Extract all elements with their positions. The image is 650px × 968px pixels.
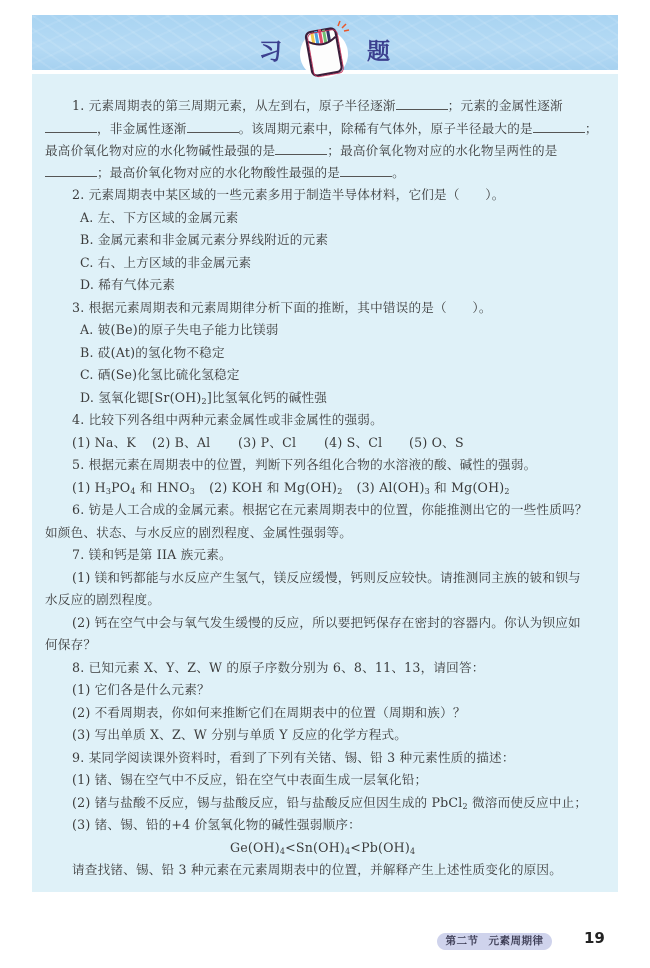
q2-option-a: A. 左、下方区域的金属元素 — [80, 210, 238, 226]
q4-stem: 4. 比较下列各组中两种元素金属性或非金属性的强弱。 — [72, 412, 383, 428]
q2-option-d: D. 稀有气体元素 — [80, 277, 175, 293]
less-than: < — [350, 840, 361, 855]
q5-text: PO — [111, 480, 130, 495]
subscript: 4 — [410, 847, 415, 856]
q1-line-2: ，非金属性逐渐。该周期元素中，除稀有气体外，原子半径最大的是； — [45, 120, 598, 137]
q9-text: (2) 锗与盐酸不反应，锡与盐酸反应，铅与盐酸反应但因生成的 PbCl — [72, 795, 462, 810]
q2-option-b: B. 金属元素和非金属元素分界线附近的元素 — [80, 232, 328, 248]
answer-blank[interactable] — [396, 97, 448, 110]
q1-text: ；最高价氧化物对应的水化物呈两性的是 — [327, 143, 557, 158]
q1-text: 。 — [392, 165, 405, 180]
q1-text: ，非金属性逐渐 — [97, 121, 187, 136]
q4-pair: (3) P、Cl — [238, 435, 324, 451]
q7-sub1-line-1: (1) 镁和钙都能与水反应产生氢气，镁反应缓慢，钙则反应较快。请推测同主族的铍和… — [72, 570, 581, 586]
q6-line-2: 如颜色、状态、与水反应的剧烈程度、金属性强弱等。 — [45, 525, 352, 541]
page-number: 19 — [584, 929, 605, 947]
answer-blank[interactable] — [533, 120, 585, 133]
q3-option-a: A. 铍(Be)的原子失电子能力比镁弱 — [80, 322, 279, 338]
q1-text: 。该周期元素中，除稀有气体外，原子半径最大的是 — [239, 121, 533, 136]
q1-line-3: 最高价氧化物对应的水化物碱性最强的是；最高价氧化物对应的水化物呈两性的是 — [45, 142, 558, 159]
answer-blank[interactable] — [45, 120, 97, 133]
q1-line-4: ；最高价氧化物对应的水化物酸性最强的是。 — [45, 164, 405, 181]
q4-pairs: (1) Na、K(2) B、Al(3) P、Cl(4) S、Cl(5) O、S — [72, 435, 464, 451]
q8-sub-1: (1) 它们各是什么元素？ — [72, 682, 210, 698]
formula-part: Ge(OH) — [230, 840, 280, 855]
q9-formula: Ge(OH)4<Sn(OH)4<Pb(OH)4 — [230, 840, 415, 860]
q4-pair: (4) S、Cl — [324, 435, 409, 451]
q3-option-b: B. 砹(At)的氢化物不稳定 — [80, 345, 225, 361]
less-than: < — [285, 840, 296, 855]
q3-stem: 3. 根据元素周期表和元素周期律分析下面的推断，其中错误的是（ ）。 — [72, 300, 492, 316]
q7-sub2-line-2: 何保存？ — [45, 637, 96, 653]
q9-sub-3: (3) 锗、锡、铅的+4 价氢氧化物的碱性强弱顺序： — [72, 817, 361, 833]
subscript: 2 — [337, 487, 342, 496]
answer-blank[interactable] — [340, 164, 392, 177]
q8-sub-3: (3) 写出单质 X、Z、W 分别与单质 Y 反应的化学方程式。 — [72, 727, 407, 743]
q9-text: 微溶而使反应中止； — [468, 795, 587, 810]
q9-final: 请查找锗、锡、铅 3 种元素在元素周期表中的位置，并解释产生上述性质变化的原因。 — [72, 862, 562, 878]
q1-text: ；元素的金属性逐渐 — [448, 98, 563, 113]
q5-text: 和 HNO — [136, 480, 190, 495]
q9-sub-2: (2) 锗与盐酸不反应，锡与盐酸反应，铅与盐酸反应但因生成的 PbCl2 微溶而… — [72, 795, 587, 815]
q9-stem: 9. 某同学阅读课外资料时，看到了下列有关锗、锡、铅 3 种元素性质的描述： — [72, 750, 515, 766]
formula-part: Sn(OH) — [296, 840, 345, 855]
section-label: 第二节元素周期律 — [437, 933, 552, 950]
q6-line-1: 6. 钫是人工合成的金属元素。根据它在元素周期表中的位置，你能推测出它的一些性质… — [72, 502, 588, 518]
answer-blank[interactable] — [275, 142, 327, 155]
q7-stem: 7. 镁和钙是第 IIA 族元素。 — [72, 547, 232, 563]
answer-blank[interactable] — [45, 164, 97, 177]
q4-pair: (1) Na、K — [72, 435, 152, 451]
q1-text: 1. 元素周期表的第三周期元素，从左到右，原子半径逐渐 — [72, 98, 396, 113]
q5-text: (1) H — [72, 480, 106, 495]
section-title: 元素周期律 — [489, 935, 544, 947]
q3-option-d-text: ]比氢氧化钙的碱性强 — [207, 390, 327, 405]
q1-text: ；最高价氧化物对应的水化物酸性最强的是 — [97, 165, 340, 180]
q5-stem: 5. 根据元素在周期表中的位置，判断下列各组化合物的水溶液的酸、碱性的强弱。 — [72, 457, 536, 473]
pencil-case-icon — [300, 17, 354, 81]
title-char-right: 题 — [367, 33, 390, 66]
q4-pair: (2) B、Al — [152, 435, 238, 451]
subscript: 2 — [504, 487, 509, 496]
q7-sub1-line-2: 水反应的剧烈程度。 — [45, 592, 160, 608]
q7-sub2-line-1: (2) 钙在空气中会与氧气发生缓慢的反应，所以要把钙保存在密封的容器内。你认为钡… — [72, 615, 581, 631]
q5-text: (3) Al(OH) — [356, 480, 424, 495]
section-number: 第二节 — [446, 935, 479, 947]
q2-option-c: C. 右、上方区域的非金属元素 — [80, 255, 251, 271]
formula-part: Pb(OH) — [361, 840, 410, 855]
q5-compounds: (1) H3PO4 和 HNO3(2) KOH 和 Mg(OH)2(3) Al(… — [72, 480, 510, 500]
answer-blank[interactable] — [187, 120, 239, 133]
q3-option-d: D. 氢氧化锶[Sr(OH)2]比氢氧化钙的碱性强 — [80, 390, 327, 410]
q1-text: ； — [585, 121, 598, 136]
q8-stem: 8. 已知元素 X、Y、Z、W 的原子序数分别为 6、8、11、13，请回答： — [72, 660, 485, 676]
q1-text: 最高价氧化物对应的水化物碱性最强的是 — [45, 143, 275, 158]
q1-line-1: 1. 元素周期表的第三周期元素，从左到右，原子半径逐渐；元素的金属性逐渐 — [72, 97, 563, 114]
q3-option-c: C. 硒(Se)化氢比硫化氢稳定 — [80, 367, 240, 383]
q3-option-d-text: D. 氢氧化锶[Sr(OH) — [80, 390, 202, 405]
title-char-left: 习 — [259, 33, 282, 66]
q4-pair: (5) O、S — [409, 435, 464, 450]
subscript: 3 — [190, 487, 195, 496]
q5-text: 和 Mg(OH) — [430, 480, 505, 495]
q5-text: (2) KOH 和 Mg(OH) — [209, 480, 337, 495]
q2-stem: 2. 元素周期表中某区域的一些元素多用于制造半导体材料，它们是（ ）。 — [72, 187, 505, 203]
q9-sub-1: (1) 锗、锡在空气中不反应，铅在空气中表面生成一层氧化铅； — [72, 772, 427, 788]
q8-sub-2: (2) 不看周期表，你如何来推断它们在周期表中的位置（周期和族）？ — [72, 705, 466, 721]
